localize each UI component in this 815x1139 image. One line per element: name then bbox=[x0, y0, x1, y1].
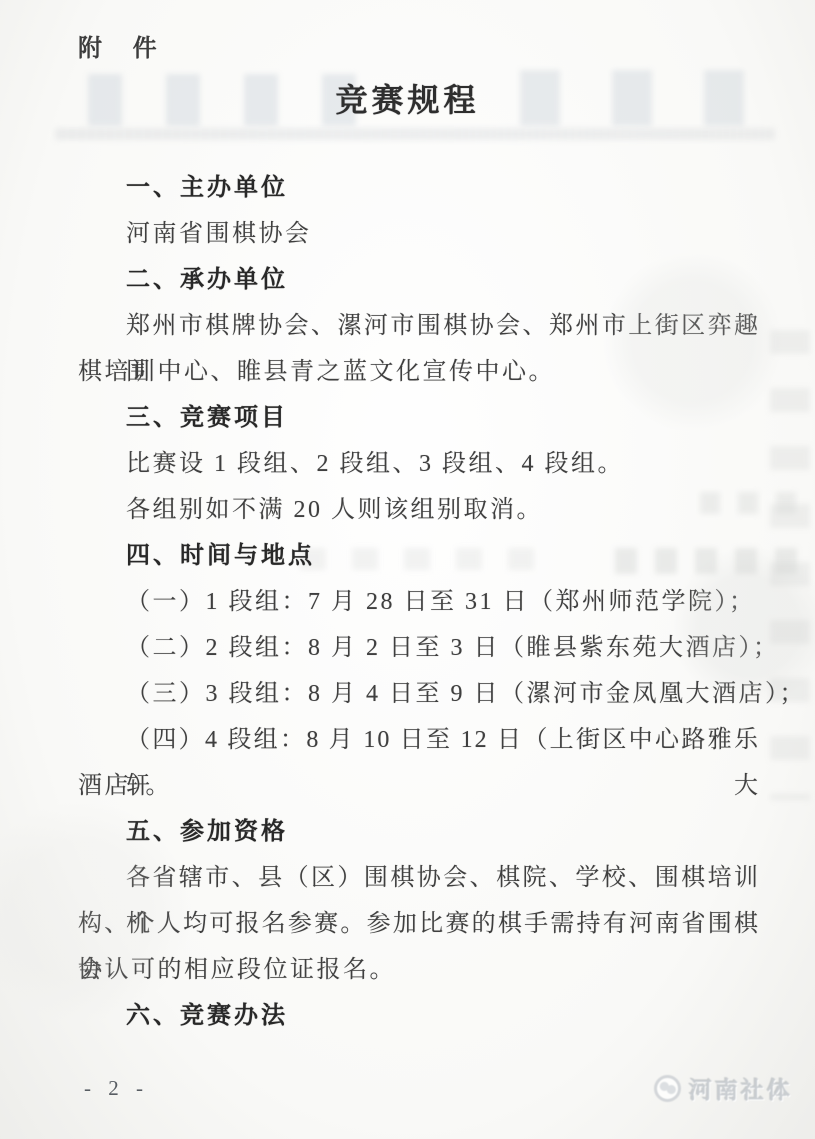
page-title: 竞赛规程 bbox=[0, 78, 815, 122]
text-line: 各组别如不满 20 人则该组别取消。 bbox=[78, 487, 760, 533]
watermark-label: 河南社体 bbox=[689, 1072, 793, 1105]
scanned-document-page: 附 件 竞赛规程 一、主办单位河南省围棋协会二、承办单位郑州市棋牌协会、漯河市围… bbox=[0, 0, 815, 1139]
text-line: 构、个人均可报名参赛。参加比赛的棋手需持有河南省围棋协 bbox=[78, 901, 760, 947]
text-line: 郑州市棋牌协会、漯河市围棋协会、郑州市上街区弈趣围 bbox=[78, 303, 760, 349]
text-line: 比赛设 1 段组、2 段组、3 段组、4 段组。 bbox=[78, 441, 760, 487]
section-heading-2: 二、承办单位 bbox=[78, 257, 760, 303]
text-line: 棋培训中心、睢县青之蓝文化宣传中心。 bbox=[78, 349, 760, 395]
attachment-label: 附 件 bbox=[78, 34, 169, 64]
section-heading-1: 一、主办单位 bbox=[78, 165, 760, 211]
text-line: （一）1 段组：7 月 28 日至 31 日（郑州师范学院）； bbox=[78, 579, 760, 625]
text-line: 河南省围棋协会 bbox=[78, 211, 760, 257]
section-heading-4: 四、时间与地点 bbox=[78, 533, 760, 579]
page-number: - 2 - bbox=[84, 1076, 149, 1101]
text-line: （四）4 段组：8 月 10 日至 12 日（上街区中心路雅乐轩大 bbox=[78, 717, 760, 763]
watermark-logo-icon bbox=[654, 1075, 681, 1102]
text-line: 各省辖市、县（区）围棋协会、棋院、学校、围棋培训机 bbox=[78, 855, 760, 901]
text-line: （二）2 段组：8 月 2 日至 3 日（睢县紫东苑大酒店）； bbox=[78, 625, 760, 671]
section-heading-3: 三、竞赛项目 bbox=[78, 395, 760, 441]
bleedthrough-artifact bbox=[770, 330, 810, 800]
section-heading-5: 五、参加资格 bbox=[78, 809, 760, 855]
text-line: （三）3 段组：8 月 4 日至 9 日（漯河市金凤凰大酒店）； bbox=[78, 671, 760, 717]
document-body: 一、主办单位河南省围棋协会二、承办单位郑州市棋牌协会、漯河市围棋协会、郑州市上街… bbox=[78, 165, 760, 1039]
watermark: 河南社体 bbox=[654, 1072, 793, 1105]
text-line: 会认可的相应段位证报名。 bbox=[78, 947, 760, 993]
bleedthrough-artifact bbox=[55, 128, 775, 140]
section-heading-6: 六、竞赛办法 bbox=[78, 993, 760, 1039]
